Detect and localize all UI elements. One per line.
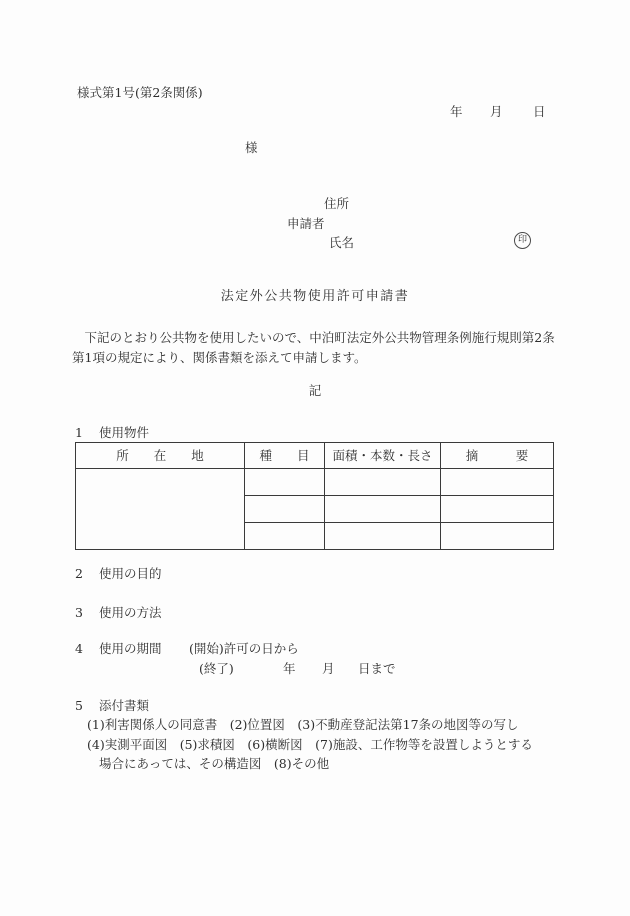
table-cell-empty xyxy=(441,469,554,496)
section-3-number: 3 xyxy=(75,605,83,621)
period-end-month-label: 月 xyxy=(322,661,335,677)
table-header-location: 所 在 地 xyxy=(76,443,245,469)
section-1-label: 使用物件 xyxy=(99,425,149,441)
form-number: 様式第1号(第2条関係) xyxy=(77,85,203,101)
table-cell-location-empty xyxy=(76,469,245,550)
date-month-label: 月 xyxy=(490,104,503,120)
section-2-number: 2 xyxy=(75,566,83,582)
table-cell-empty xyxy=(325,496,441,523)
table-header-remarks: 摘 要 xyxy=(441,443,554,469)
period-end-year-label: 年 xyxy=(283,661,296,677)
applicant-role-label: 申請者 xyxy=(287,216,325,232)
section-4-heading: 4 使用の期間 (開始)許可の日から xyxy=(75,641,555,657)
section-5-heading: 5 添付書類 xyxy=(75,698,149,714)
attachments-line-1: (1)利害関係人の同意書 (2)位置図 (3)不動産登記法第17条の地図等の写し xyxy=(87,717,519,733)
section-1-heading: 1 使用物件 xyxy=(75,425,149,441)
section-4-label: 使用の期間 xyxy=(99,641,162,657)
section-1-number: 1 xyxy=(75,425,83,441)
table-row xyxy=(76,469,554,496)
attachments-line-2: (4)実測平面図 (5)求積図 (6)横断図 (7)施設、工作物等を設置しようと… xyxy=(87,737,533,753)
table-header-category: 種 目 xyxy=(245,443,325,469)
use-property-table: 所 在 地 種 目 面積・本数・長さ 摘 要 xyxy=(75,442,554,550)
period-end-label: (終了) xyxy=(199,661,234,677)
section-5-number: 5 xyxy=(75,698,83,714)
section-4-number: 4 xyxy=(75,641,83,657)
table-cell-empty xyxy=(245,496,325,523)
section-2-heading: 2 使用の目的 xyxy=(75,566,161,582)
applicant-address-label: 住所 xyxy=(324,196,349,212)
table-cell-empty xyxy=(441,523,554,550)
section-3-label: 使用の方法 xyxy=(99,605,162,621)
body-paragraph: 下記のとおり公共物を使用したいので、中泊町法定外公共物管理条例施行規則第2条第1… xyxy=(72,328,561,368)
table-cell-empty xyxy=(325,469,441,496)
record-mark: 記 xyxy=(0,383,630,399)
table-header-row: 所 在 地 種 目 面積・本数・長さ 摘 要 xyxy=(76,443,554,469)
section-5-label: 添付書類 xyxy=(99,698,149,714)
section-2-label: 使用の目的 xyxy=(99,566,162,582)
seal-icon: 印 xyxy=(514,232,531,249)
table-cell-empty xyxy=(441,496,554,523)
table-cell-empty xyxy=(245,523,325,550)
document-page: 様式第1号(第2条関係) 年 月 日 様 住所 申請者 氏名 印 法定外公共物使… xyxy=(0,0,630,916)
seal-character: 印 xyxy=(518,236,527,245)
date-day-label: 日 xyxy=(533,104,546,120)
table-cell-empty xyxy=(325,523,441,550)
period-start-text: (開始)許可の日から xyxy=(189,641,299,657)
date-year-label: 年 xyxy=(450,104,463,120)
table-header-dimensions: 面積・本数・長さ xyxy=(325,443,441,469)
table-cell-empty xyxy=(245,469,325,496)
applicant-name-label: 氏名 xyxy=(329,235,354,251)
attachments-line-3: 場合にあっては、その構造図 (8)その他 xyxy=(99,756,329,772)
section-3-heading: 3 使用の方法 xyxy=(75,605,161,621)
period-end-day-label: 日まで xyxy=(358,661,396,677)
document-title: 法定外公共物使用許可申請書 xyxy=(0,289,630,305)
addressee-honorific: 様 xyxy=(245,140,258,156)
